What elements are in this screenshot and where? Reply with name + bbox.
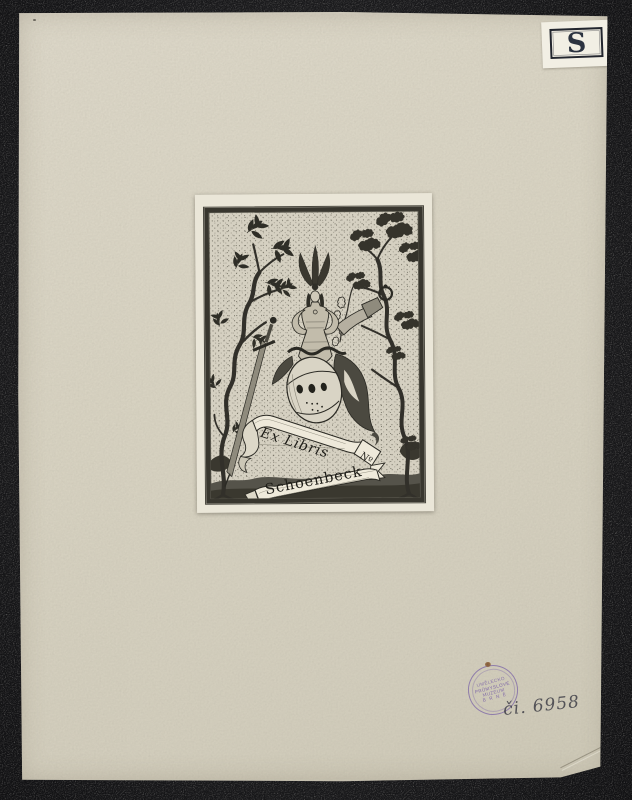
figure-head xyxy=(310,291,319,302)
scanned-bookplate-page: S xyxy=(0,0,632,800)
label-border-frame: S xyxy=(549,27,603,59)
foxing-spot xyxy=(485,662,491,667)
bookplate-print: Ex Libris Nº Schoenbeck xyxy=(195,193,434,513)
mount-sheet: S xyxy=(18,12,608,782)
label-letter: S xyxy=(566,29,587,57)
bookplate-engraving: Ex Libris Nº Schoenbeck xyxy=(195,193,434,513)
paper-speck xyxy=(33,19,36,21)
corner-crease xyxy=(560,741,613,771)
collection-label: S xyxy=(541,20,613,69)
